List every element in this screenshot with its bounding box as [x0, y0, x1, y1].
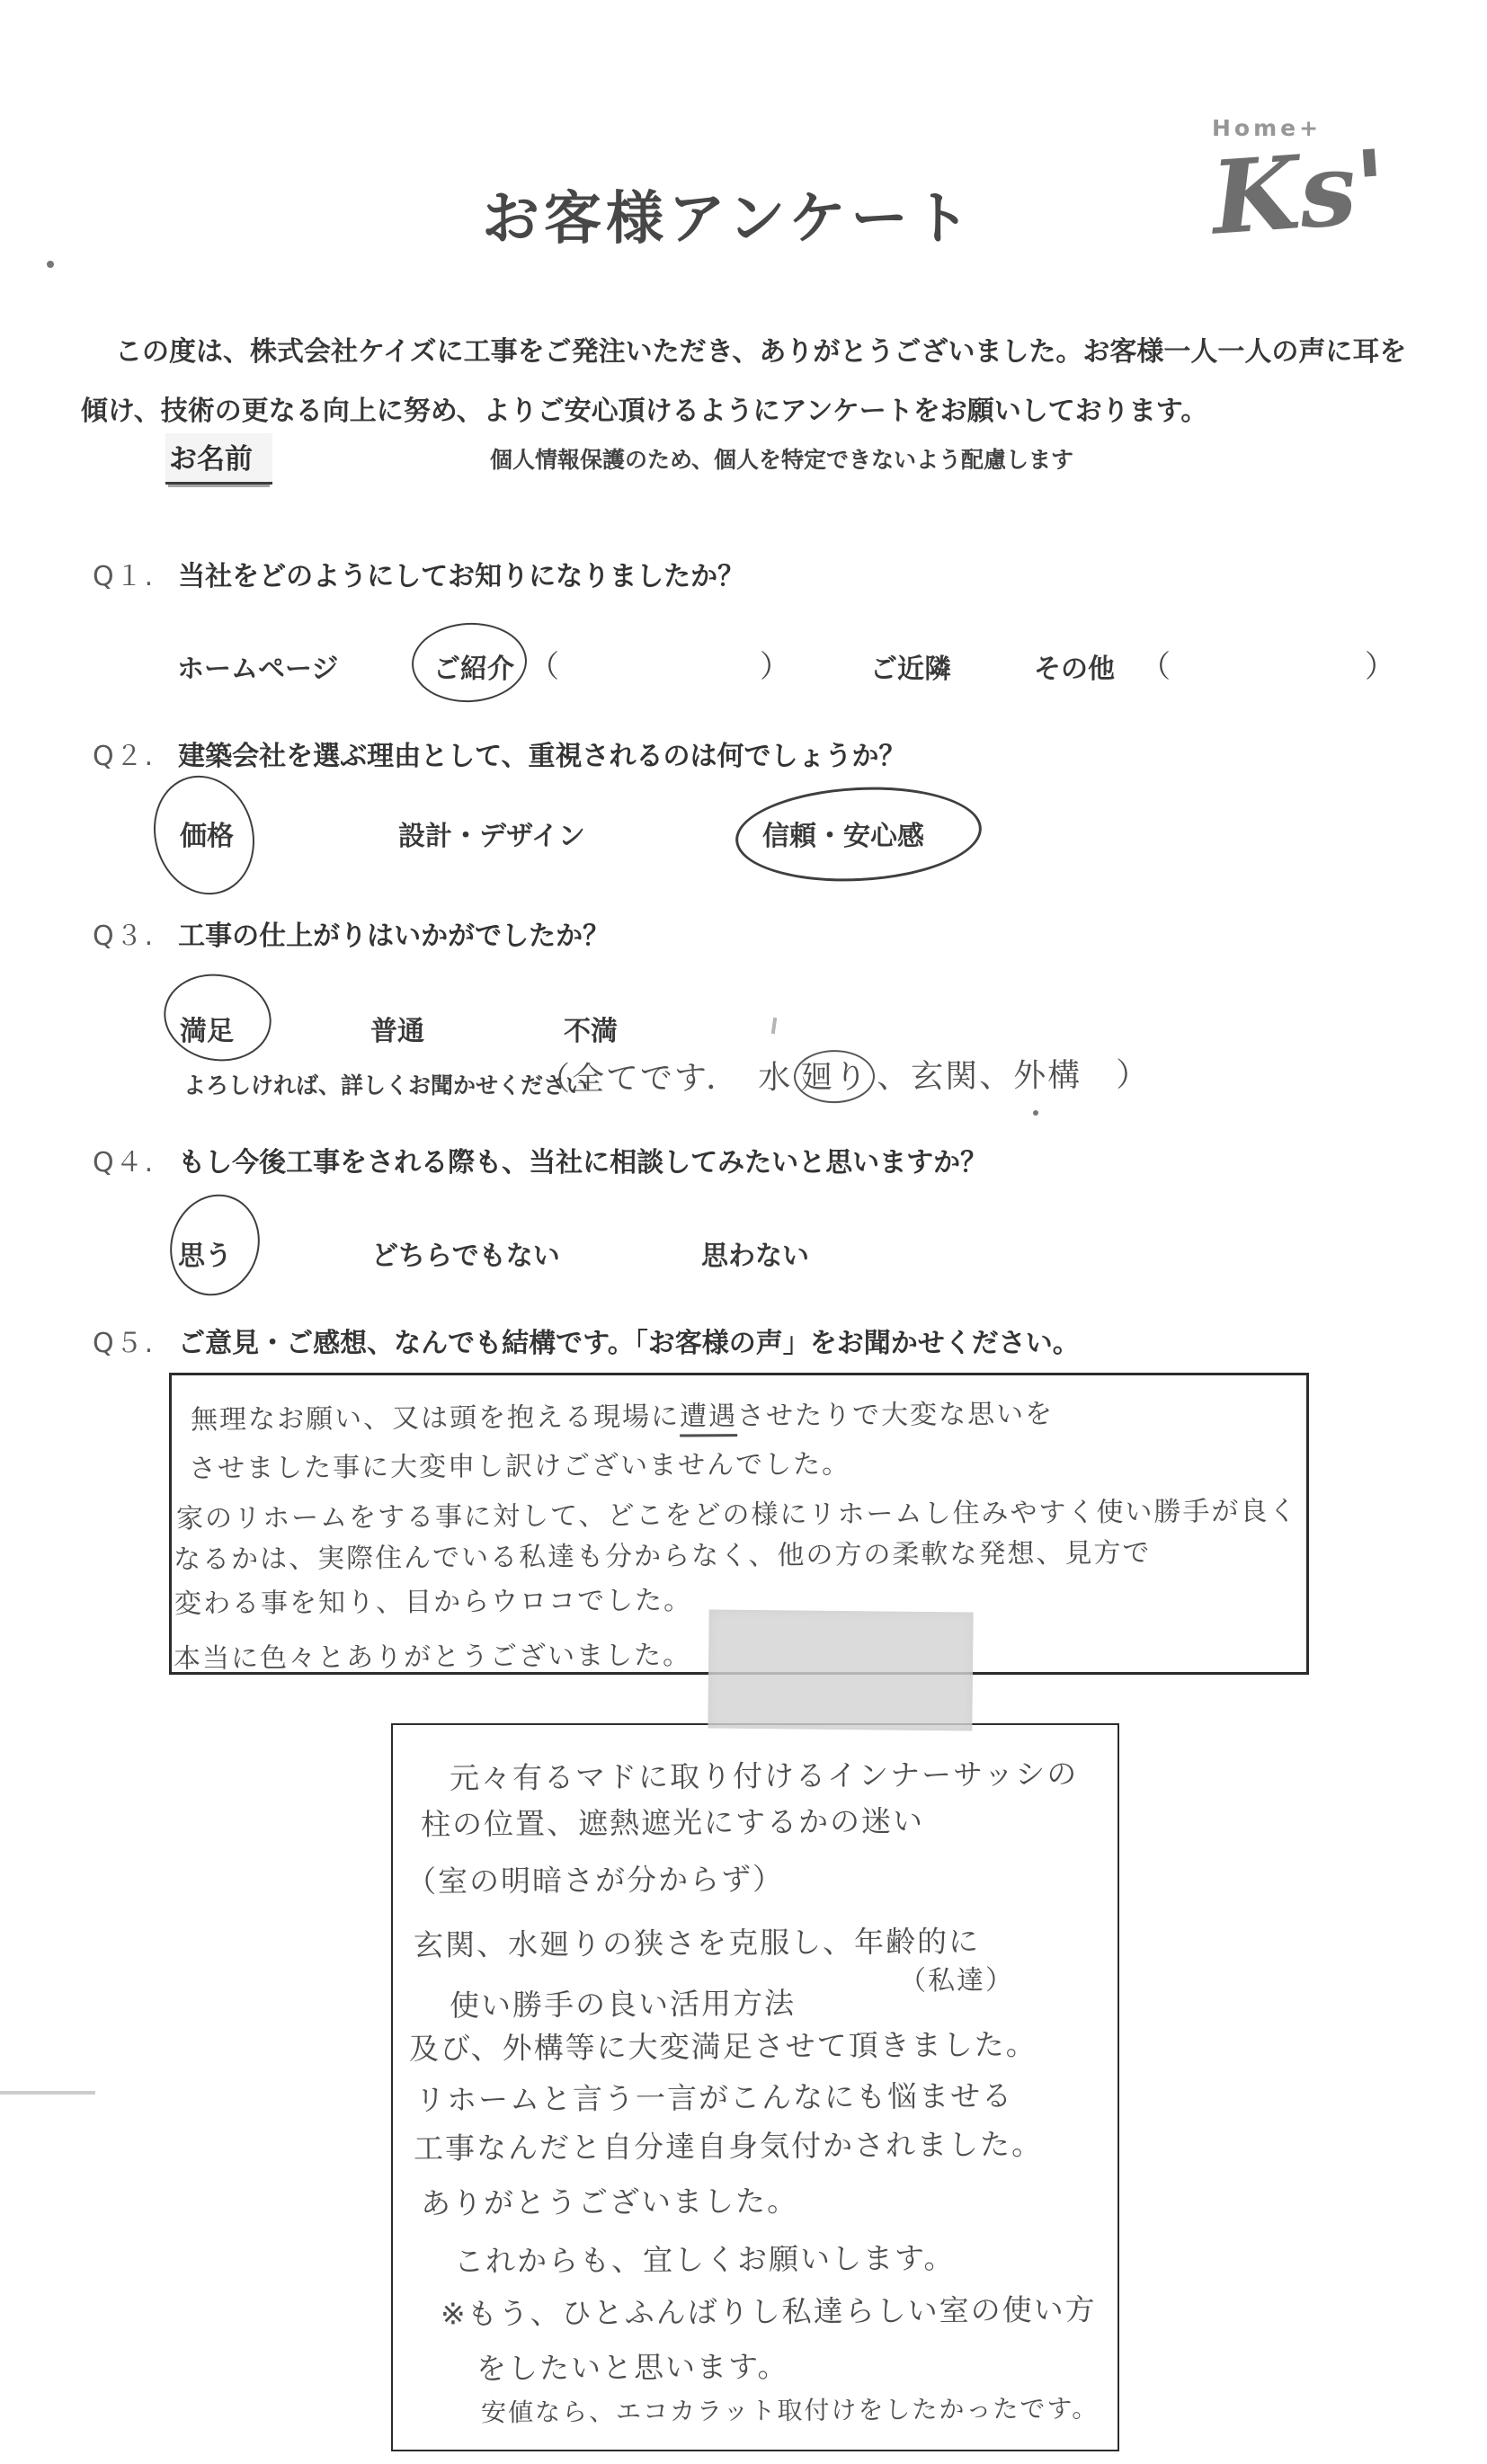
intro-line-1: この度は、株式会社ケイズに工事をご発注いただき、ありがとうございました。お客様一… — [115, 329, 1406, 369]
q2-option-design: 設計・デザイン — [398, 814, 585, 853]
scan-speck-dot — [47, 261, 54, 268]
q1-option-other: その他 — [1034, 646, 1115, 686]
q5-comment-line-3: 家のリホームをする事に対して、どこをどの様にリホームし住みやすく使い勝手が良く — [176, 1489, 1298, 1536]
privacy-note: 個人情報保護のため、個人を特定できないよう配慮します — [490, 442, 1073, 475]
q4-option-no: 思わない — [701, 1233, 809, 1273]
q1-text: 当社をどのようにしてお知りになりましたか？ — [178, 561, 744, 592]
q5-text: ご意見・ご感想、なんでも結構です。「お客様の声」をお聞かせください。 — [178, 1328, 1080, 1359]
scan-speck-dot-2 — [1033, 1110, 1038, 1116]
q3-detail-note: よろしければ、詳しくお聞かせください — [183, 1068, 588, 1100]
name-field-label: お名前 — [165, 433, 272, 485]
q1-option-homepage: ホームページ — [177, 646, 338, 686]
q3-answer-post: 、玄関、外構 ） — [877, 1057, 1150, 1096]
q4-option-neutral: どちらでもない — [371, 1233, 560, 1273]
q5-line1-post: させたりで大変な思いを — [737, 1399, 1054, 1432]
q1-question: Q１.当社をどのようにしてお知りになりましたか？ — [93, 554, 744, 593]
q2-number: Q２. — [93, 741, 155, 772]
circle-mark-yes — [157, 1183, 272, 1308]
q3-text: 工事の仕上がりはいかがでしたか？ — [178, 921, 610, 952]
circle-mark-referral — [410, 620, 529, 706]
page-title: お客様アンケート — [482, 173, 975, 255]
intro-line-2: 傾け、技術の更なる向上に努め、よりご安心頂けるようにアンケートをお願いしておりま… — [81, 388, 1207, 428]
q5-line1-underlined-word: 遭遇 — [680, 1401, 737, 1437]
q5-line1-pre: 無理なお願い、又は頭を抱える現場に — [191, 1401, 680, 1437]
q3-option-dissatisfied: 不満 — [564, 1009, 618, 1048]
additional-comment-box — [391, 1723, 1119, 2451]
q2-text: 建築会社を選ぶ理由として、重視されるのは何でしょうか？ — [178, 741, 905, 772]
logo-script-monogram: Ks' — [1208, 137, 1390, 249]
scan-faint-line — [0, 2091, 95, 2095]
q1-number: Q１. — [93, 561, 155, 592]
q4-number: Q４. — [93, 1147, 155, 1179]
circle-mark-trust — [733, 781, 984, 887]
q5-question: Q５.ご意見・ご感想、なんでも結構です。「お客様の声」をお聞かせください。 — [93, 1321, 1080, 1360]
circle-mark-satisfied — [157, 965, 279, 1069]
q3-question: Q３.工事の仕上がりはいかがでしたか？ — [93, 913, 610, 953]
q3-number: Q３. — [93, 921, 155, 952]
q1-option-neighborhood: ご近隣 — [870, 646, 951, 686]
scan-tick-mark — [771, 1018, 777, 1034]
q5-comment-line-6: 本当に色々とありがとうございました。 — [174, 1632, 691, 1676]
q5-comment-line-4: なるかは、実際住んでいる私達も分からなく、他の方の柔軟な発想、見方で — [174, 1530, 1152, 1577]
q5-comment-line-5: 変わる事を知り、目からウロコでした。 — [174, 1578, 692, 1621]
circle-mark-price — [140, 763, 269, 906]
q3-option-normal: 普通 — [370, 1009, 424, 1048]
q3-answer-circled-word: 廻り — [794, 1050, 875, 1104]
q1-other-paren-open: （ — [1140, 642, 1171, 686]
tape-overlay — [708, 1609, 973, 1730]
q5-comment-line-1: 無理なお願い、又は頭を抱える現場に遭遇させたりで大変な思いを — [191, 1392, 1054, 1437]
q5-comment-line-2: させました事に大変申し訳けございませんでした。 — [189, 1441, 850, 1485]
company-logo: Home+ Ks' — [1212, 115, 1387, 244]
q1-referral-paren-close: ） — [760, 642, 790, 686]
q3-answer-pre: （全てです． 水 — [538, 1059, 792, 1098]
q2-question: Q２.建築会社を選ぶ理由として、重視されるのは何でしょうか？ — [93, 734, 906, 773]
q5-number: Q５. — [93, 1328, 155, 1359]
q1-other-paren-close: ） — [1365, 642, 1395, 686]
q1-referral-paren-open: （ — [529, 642, 559, 686]
q3-handwritten-answer: （全てです． 水廻り、玄関、外構 ） — [538, 1048, 1151, 1106]
survey-document-page: お客様アンケート Home+ Ks' この度は、株式会社ケイズに工事をご発注いた… — [0, 0, 1487, 2464]
q4-question: Q４.もし今後工事をされる際も、当社に相談してみたいと思いますか？ — [93, 1140, 987, 1179]
q4-text: もし今後工事をされる際も、当社に相談してみたいと思いますか？ — [178, 1147, 987, 1179]
